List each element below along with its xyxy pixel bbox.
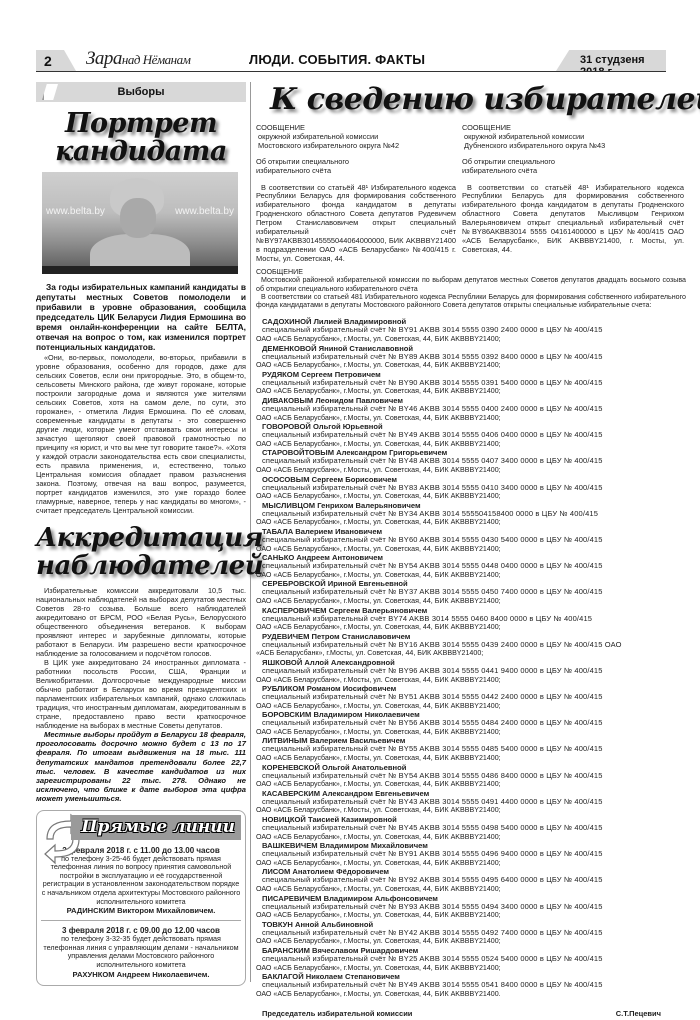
bank-details: ОАО «АСБ Беларусбанк», г.Мосты, ул. Сове… — [256, 754, 686, 763]
accreditation-title: Аккредитация наблюдателей — [36, 524, 246, 580]
list-item: ОСОСОВЫМ Сергеем Борисовичемспециальный … — [256, 475, 686, 501]
bank-details: ОАО «АСБ Беларусбанк», г.Мосты, ул. Сове… — [256, 885, 686, 894]
bank-details: ОАО «АСБ Беларусбанк», г.Мосты, ул. Сове… — [256, 623, 686, 632]
accreditation-title-line2: наблюдателей — [36, 552, 246, 580]
phone-entry-divider — [41, 920, 241, 921]
account-number: специальный избирательный счёт № BY92 AK… — [256, 876, 686, 885]
account-number: специальный избирательный счёт № BY54 AK… — [256, 772, 686, 781]
account-number: специальный избирательный счёт № BY91 AK… — [256, 326, 686, 335]
bank-details: ОАО «АСБ Беларусбанк», г.Мосты, ул. Сове… — [256, 361, 686, 370]
accreditation-para2: В ЦИК уже аккредитовано 24 иностранных д… — [36, 658, 246, 730]
notice-district-43: СООБЩЕНИЕ окружной избирательной комисси… — [462, 124, 684, 255]
account-number: специальный избирательный счёт № BY55 AK… — [256, 745, 686, 754]
list-item: САДОХИНОЙ Лилией Владимировнойспециальны… — [256, 317, 686, 343]
list-item: РУБЛИКОМ Романом Иосифовичемспециальный … — [256, 684, 686, 710]
portrait-title: Портрет кандидата — [36, 110, 246, 166]
portrait-lead: За годы избирательных кампаний кандидаты… — [36, 282, 246, 352]
bank-details: ОАО «АСБ Беларусбанк», г.Мосты, ул. Сове… — [256, 676, 686, 685]
issue-date: 31 студзеня 2018 г. — [556, 50, 666, 71]
bank-details: ОАО «АСБ Беларусбанк», г.Мосты, ул. Сове… — [256, 545, 686, 554]
masthead: 2 Заранад Нёманам ЛЮДИ. СОБЫТИЯ. ФАКТЫ 3… — [36, 50, 666, 72]
district-commission-notice: СООБЩЕНИЕ Мостовской районной избиратель… — [256, 268, 686, 1018]
account-number: специальный избирательный счёт № BY51 AK… — [256, 693, 686, 702]
district-intro1: Мостовской районной избирательной комисс… — [256, 276, 686, 293]
bank-details: ОАО «АСБ Беларусбанк», г.Мосты, ул. Сове… — [256, 806, 686, 815]
account-number: специальный избирательный счёт № BY49 AK… — [256, 431, 686, 440]
accounts-list: САДОХИНОЙ Лилией Владимировнойспециальны… — [256, 317, 686, 998]
bank-details: «АСБ Беларусбанк», г.Мосты, ул. Советска… — [256, 649, 686, 658]
account-number: специальный избирательный счёт № BY37 AK… — [256, 588, 686, 597]
account-number: специальный избирательный счёт № BY56 AK… — [256, 719, 686, 728]
bank-details: ОАО «АСБ Беларусбанк», г.Мосты, ул. Сове… — [256, 859, 686, 868]
account-number: специальный избирательный счёт № BY34 AK… — [256, 510, 686, 519]
bank-details: ОАО «АСБ Беларусбанк», г.Мосты, ул. Сове… — [256, 597, 686, 606]
account-number: специальный избирательный счёт № BY54 AK… — [256, 562, 686, 571]
account-number: специальный избирательный счёт № BY48 AK… — [256, 457, 686, 466]
phone-entry-2-who: РАХУНКОМ Андреем Николаевичем. — [41, 970, 241, 979]
list-item: ЛИТВИНЫМ Валерием Васильевичемспециальны… — [256, 736, 686, 762]
bank-details: ОАО «АСБ Беларусбанк», г.Мосты, ул. Сове… — [256, 492, 686, 501]
notice-43-body: В соответствии со статьёй 48¹ Избиратель… — [462, 184, 684, 255]
account-number: специальный избирательный счёт № BY49 AK… — [256, 981, 686, 990]
portrait-title-line1: Портрет — [36, 110, 246, 138]
portrait-article: Портрет кандидата www.belta.by www.belta… — [36, 110, 246, 515]
bank-details: ОАО «АСБ Беларусбанк», г.Мосты, ул. Сове… — [256, 964, 686, 973]
voters-info-title: К сведению избирателей! — [270, 82, 700, 117]
candidate-photo: www.belta.by www.belta.by — [42, 172, 238, 274]
list-item: ПИСАРЕВИЧЕМ Владимиром Альфонсовичемспец… — [256, 894, 686, 920]
left-column: Выборы Портрет кандидата www.belta.by ww… — [36, 82, 246, 986]
account-number: специальный избирательный счёт № BY90 AK… — [256, 379, 686, 388]
account-number: специальный избирательный счёт № BY45 AK… — [256, 824, 686, 833]
phone-lines-banner: Прямые линии — [71, 815, 241, 840]
section-tab: Выборы — [36, 82, 246, 102]
notice-42-line2: Мостовского избирательного округа №42 — [256, 142, 456, 151]
bank-details: ОАО «АСБ Беларусбанк», г.Мосты, ул. Сове… — [256, 780, 686, 789]
photo-strip — [42, 266, 238, 274]
list-item: КАСАВЕРСКИМ Александром Евгеньевичемспец… — [256, 789, 686, 815]
list-item: СТАРОВОЙТОВЫМ Александром Григорьевичемс… — [256, 448, 686, 474]
list-item: ГОВОРОВОЙ Ольгой Юрьевнойспециальный изб… — [256, 422, 686, 448]
account-number: специальный избирательный счёт № BY60 AK… — [256, 536, 686, 545]
list-item: ЯШКОВОЙ Аллой Александровнойспециальный … — [256, 658, 686, 684]
logo-main: Зара — [86, 48, 122, 69]
notice-43-line2: Дубненского избирательного округа №43 — [462, 142, 684, 151]
bank-details: ОАО «АСБ Беларусбанк», г.Мосты, ул. Сове… — [256, 937, 686, 946]
section-label: Выборы — [118, 86, 165, 98]
list-item: ТОВКУН Анной Альбиновнойспециальный изби… — [256, 920, 686, 946]
list-item: ЛИСОМ Анатолием Фёдоровичемспециальный и… — [256, 867, 686, 893]
portrait-title-line2: кандидата — [36, 138, 246, 166]
logo-sub: над Нёманам — [122, 52, 190, 67]
list-item: ДИВАКОВЫМ Леонидом Павловичемспециальный… — [256, 396, 686, 422]
newspaper-logo: Заранад Нёманам — [86, 48, 190, 70]
bank-details: ОАО «АСБ Беларусбанк», г.Мосты, ул. Сове… — [256, 990, 686, 999]
list-item: ВАШКЕВИЧЕМ Владимиром Михайловичемспециа… — [256, 841, 686, 867]
list-item: САНЬКО Андреем Антоновичемспециальный из… — [256, 553, 686, 579]
list-item: МЫСЛИВЦОМ Генрихом Валерьяновичемспециал… — [256, 501, 686, 527]
signature-name: С.Т.Пецевич — [616, 1009, 661, 1018]
phone-entry-2-text: по телефону 3-32-35 будет действовать пр… — [41, 935, 241, 969]
accreditation-article: Аккредитация наблюдателей Избирательные … — [36, 524, 246, 804]
signature-label: Председатель избирательной комиссии — [262, 1009, 412, 1018]
page-rubric: ЛЮДИ. СОБЫТИЯ. ФАКТЫ — [249, 52, 425, 67]
bank-details: ОАО «АСБ Беларусбанк», г.Мосты, ул. Сове… — [256, 702, 686, 711]
photo-watermark-left: www.belta.by — [46, 206, 105, 217]
bank-details: ОАО «АСБ Беларусбанк», г.Мосты, ул. Сове… — [256, 466, 686, 475]
notice-42-subject2: избирательного счёта — [256, 167, 456, 176]
account-number: специальный избирательный счёт № BY96 AK… — [256, 667, 686, 676]
district-intro2: В соответствии со статьей 481 Избиратель… — [256, 293, 686, 310]
account-number: специальный избирательный счёт № BY42 AK… — [256, 929, 686, 938]
list-item: ДЕМЕНКОВОЙ Яниной Станиславовнойспециаль… — [256, 344, 686, 370]
signature-row: Председатель избирательной комиссии С.Т.… — [256, 1009, 686, 1018]
bank-details: ОАО «АСБ Беларусбанк», г.Мосты, ул. Сове… — [256, 335, 686, 344]
accreditation-para3: Местные выборы пройдут в Беларуси 18 фев… — [36, 730, 246, 804]
bank-details: ОАО «АСБ Беларусбанк», г.Мосты, ул. Сове… — [256, 571, 686, 580]
account-number: специальный избирательный счёт BY74 AKBB… — [256, 615, 686, 624]
photo-face — [120, 198, 156, 238]
account-number: специальный избирательный счёт № BY46 AK… — [256, 405, 686, 414]
list-item: НОВИЦКОЙ Таисией Казимировнойспециальный… — [256, 815, 686, 841]
account-number: специальный избирательный счёт № BY16 AK… — [256, 641, 686, 650]
phone-entry-2: 3 февраля 2018 г. с 09.00 до 12.00 часов… — [41, 926, 241, 978]
phone-entry-1-who: РАДИНСКИМ Виктором Михайловичем. — [41, 906, 241, 915]
list-item: БАКЛАГОЙ Николаем Степановичемспециальны… — [256, 972, 686, 998]
portrait-body: «Они, во-первых, помолодели, во-вторых, … — [36, 353, 246, 515]
bank-details: ОАО «АСБ Беларусбанк», г.Мосты, ул. Сове… — [256, 414, 686, 423]
photo-watermark-right: www.belta.by — [175, 206, 234, 217]
list-item: СЕРЕБРОВСКОЙ Ириной Евгеньевнойспециальн… — [256, 579, 686, 605]
account-number: специальный избирательный счёт № BY25 AK… — [256, 955, 686, 964]
list-item: КАСПЕРОВИЧЕМ Сергеем Валерьяновичемспеци… — [256, 606, 686, 632]
account-number: специальный избирательный счёт № BY43 AK… — [256, 798, 686, 807]
list-item: РУДЯКОМ Сергеем Петровичемспециальный из… — [256, 370, 686, 396]
district-heading: СООБЩЕНИЕ — [256, 268, 686, 276]
bank-details: ОАО «АСБ Беларусбанк», г.Мосты, ул. Сове… — [256, 728, 686, 737]
list-item: РУДЕВИЧЕМ Петром Станиславовичемспециаль… — [256, 632, 686, 658]
accreditation-para1: Избирательные комиссии аккредитовали 10,… — [36, 586, 246, 658]
bank-details: ОАО «АСБ Беларусбанк», г.Мосты, ул. Сове… — [256, 911, 686, 920]
page-number: 2 — [36, 50, 76, 71]
account-number: специальный избирательный счёт № BY93 AK… — [256, 903, 686, 912]
notice-42-body: В соответствии со статьёй 48¹ Избиратель… — [256, 184, 456, 264]
bank-details: ОАО «АСБ Беларусбанк», г.Мосты, ул. Сове… — [256, 833, 686, 842]
bank-details: ОАО «АСБ Беларусбанк», г.Мосты, ул. Сове… — [256, 387, 686, 396]
notice-district-42: СООБЩЕНИЕ окружной избирательной комисси… — [256, 124, 456, 264]
bank-details: ОАО «АСБ Беларусбанк», г.Мосты, ул. Сове… — [256, 440, 686, 449]
phone-lines-title: Прямые линии — [81, 817, 235, 837]
accreditation-title-line1: Аккредитация — [36, 524, 246, 552]
list-item: КОРЕНЕВСКОЙ Ольгой Анатольевнойспециальн… — [256, 763, 686, 789]
phone-lines-box: Прямые линии 2 февраля 2018 г. с 11.00 д… — [36, 810, 246, 986]
account-number: специальный избирательный счёт № BY91 AK… — [256, 850, 686, 859]
list-item: БАРАНСКИМ Вячеславом Ришардовичемспециал… — [256, 946, 686, 972]
list-item: БОРОВСКИМ Владимиром Николаевичемспециал… — [256, 710, 686, 736]
account-number: специальный избирательный счёт № BY83 AK… — [256, 484, 686, 493]
list-item: ТАБАЛА Валерием Ивановичемспециальный из… — [256, 527, 686, 553]
account-number: специальный избирательный счёт № BY89 AK… — [256, 353, 686, 362]
notice-43-subject2: избирательного счёта — [462, 167, 684, 176]
bank-details: ОАО «АСБ Беларусбанк», г.Мосты, ул. Сове… — [256, 518, 686, 527]
